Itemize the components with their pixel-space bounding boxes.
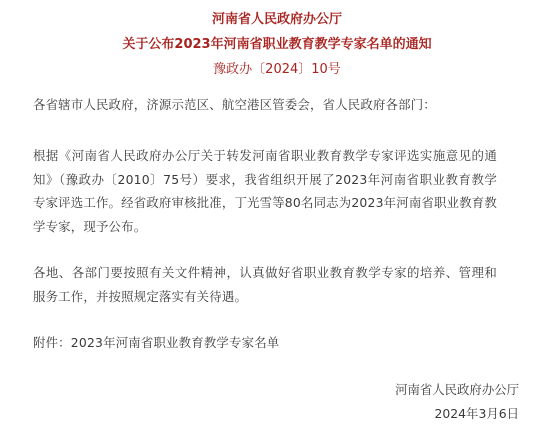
attachment-line: 附件：2023年河南省职业教育教学专家名单	[33, 331, 497, 355]
document-number: 豫政办〔2024〕10号	[0, 62, 554, 78]
body-paragraph-1: 根据《河南省人民政府办公厅关于转发河南省职业教育教学专家评选实施意见的通知》（豫…	[33, 144, 497, 238]
body-paragraph-2: 各地、各部门要按照有关文件精神，认真做好省职业教育教学专家的培养、管理和服务工作…	[33, 261, 497, 308]
issuer-heading: 河南省人民政府办公厅	[0, 12, 554, 28]
signature-issuer: 河南省人民政府办公厅	[395, 382, 519, 398]
notice-document: 河南省人民政府办公厅 关于公布2023年河南省职业教育教学专家名单的通知 豫政办…	[0, 0, 554, 428]
signature-date: 2024年3月6日	[435, 406, 519, 422]
notice-title: 关于公布2023年河南省职业教育教学专家名单的通知	[0, 37, 554, 53]
greeting-paragraph: 各省辖市人民政府，济源示范区、航空港区管委会，省人民政府各部门：	[33, 93, 497, 117]
